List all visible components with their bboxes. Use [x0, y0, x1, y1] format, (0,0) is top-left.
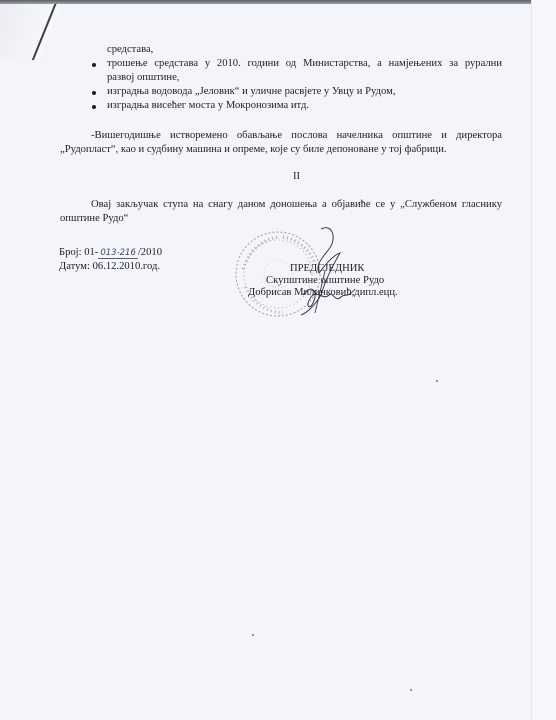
scan-shadow-top [0, 0, 556, 4]
folded-corner [0, 4, 80, 60]
paragraph-2-line1: Овај закључак ступа на снагу даном донош… [91, 199, 502, 211]
reference-handwritten: 013-216 [98, 248, 138, 259]
paragraph-1-line1: -Вишегодишње истворемено обављање послов… [91, 130, 502, 142]
bullet-item-3: изградња висећег моста у Мокронозима итд… [107, 100, 309, 112]
bullet-item-1-line2: развој општине, [107, 72, 179, 84]
signature-icon [285, 225, 365, 320]
list-continuation: средстава, [107, 44, 153, 56]
fold-shade [0, 4, 80, 60]
bullet-item-1-line1: трошење средстава у 2010. години од Мини… [107, 58, 502, 70]
paragraph-1-line2: „Рудопласт“, као и судбину машина и опре… [60, 144, 447, 156]
reference-date: Датум: 06.12.2010.год. [59, 261, 160, 273]
scan-speck [436, 380, 438, 382]
bullet-icon [92, 105, 96, 109]
bullet-icon [92, 63, 96, 67]
scan-speck [410, 689, 412, 691]
scan-speck [252, 634, 254, 636]
scan-margin [532, 0, 556, 720]
bullet-icon [92, 91, 96, 95]
paragraph-2-line2: општине Рудо“ [60, 213, 128, 225]
reference-prefix: Број: 01- [59, 247, 98, 258]
reference-suffix: /2010 [138, 247, 162, 258]
reference-number: Број: 01-013-216/2010 [59, 247, 162, 259]
bullet-item-2: изградња водовода „Јеловик“ и уличне рас… [107, 86, 395, 98]
section-heading: II [293, 171, 300, 183]
